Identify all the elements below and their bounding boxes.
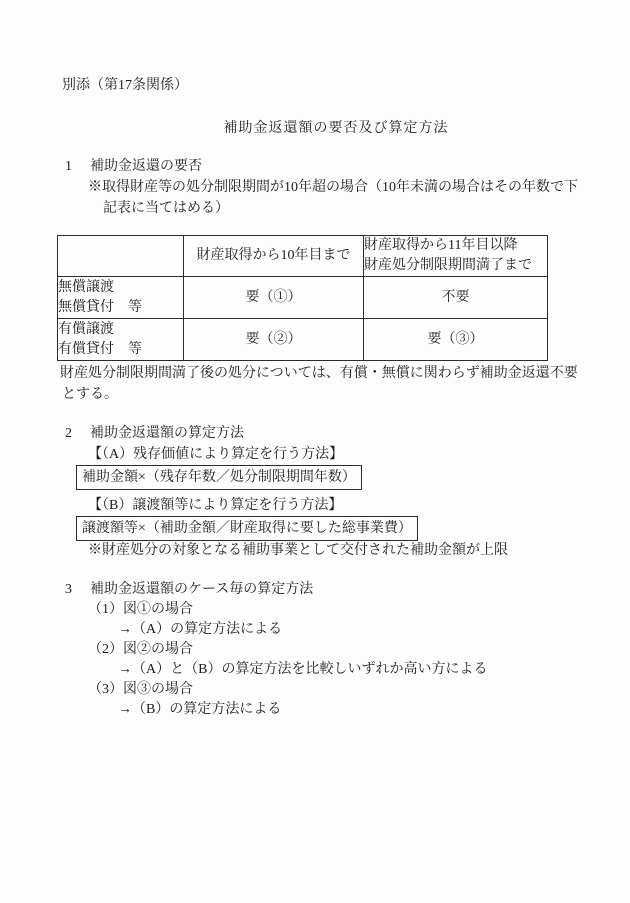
method-b-note: ※財産処分の対象となる補助事業として交付された補助金額が上限 <box>88 540 580 561</box>
table-header-until-year-10: 財産取得から10年目まで <box>184 236 364 277</box>
row-label-gratuitous-line-1: 無償譲渡 <box>58 278 183 298</box>
table-note-line-1: 財産処分制限期間満了後の処分については、有償・無償に関わらず補助金返還不要 <box>60 363 580 384</box>
cell-gratuitous-after-11: 不要 <box>364 277 548 319</box>
row-label-onerous: 有償譲渡 有償貸付 等 <box>58 319 184 361</box>
row-label-onerous-line-1: 有償譲渡 <box>58 320 183 340</box>
table-note-line-2: とする。 <box>62 384 580 405</box>
section-1-number: 1 <box>65 156 90 177</box>
section-3-heading: 3補助金返還額のケース毎の算定方法 <box>60 579 580 600</box>
section-2-number: 2 <box>65 423 90 444</box>
row-label-gratuitous: 無償譲渡 無償貸付 等 <box>58 277 184 319</box>
method-a-formula-row: 補助金額×（残存年数／処分制限期間年数） <box>76 465 580 490</box>
document-title: 補助金返還額の要否及び算定方法 <box>92 118 580 139</box>
cell-onerous-after-11: 要（③） <box>364 319 548 361</box>
method-a-formula-box: 補助金額×（残存年数／処分制限期間年数） <box>76 465 362 490</box>
section-2-heading: 2補助金返還額の算定方法 <box>60 423 580 444</box>
method-b-label: 【（B）譲渡額等により算定を行う方法】 <box>88 495 580 516</box>
table-row-gratuitous: 無償譲渡 無償貸付 等 要（①） 不要 <box>58 277 548 319</box>
table-corner-cell <box>58 236 184 277</box>
case-1-label: （1）図①の場合 <box>88 600 580 620</box>
case-3-result: →（B）の算定方法による <box>118 700 580 720</box>
document-page: 別添（第17条関係） 補助金返還額の要否及び算定方法 1補助金返還の要否 ※取得… <box>0 0 630 903</box>
section-1-title: 補助金返還の要否 <box>90 159 202 174</box>
table-header-year-11-line-2: 財産処分制限期間満了まで <box>364 256 547 276</box>
section-3-title: 補助金返還額のケース毎の算定方法 <box>90 582 313 597</box>
method-b-formula-row: 譲渡額等×（補助金額／財産取得に要した総事業費） <box>76 516 580 541</box>
method-a-label: 【（A）残存価値により算定を行う方法】 <box>88 444 580 465</box>
table-header-year-11-onward: 財産取得から11年目以降 財産処分制限期間満了まで <box>364 236 548 277</box>
section-2-title: 補助金返還額の算定方法 <box>90 426 244 441</box>
case-3-label: （3）図③の場合 <box>88 680 580 700</box>
section-1-heading: 1補助金返還の要否 <box>60 156 580 177</box>
refund-requirement-table: 財産取得から10年目まで 財産取得から11年目以降 財産処分制限期間満了まで 無… <box>57 235 548 361</box>
section-3-number: 3 <box>65 579 90 600</box>
table-header-row: 財産取得から10年目まで 財産取得から11年目以降 財産処分制限期間満了まで <box>58 236 548 277</box>
table-header-year-11-line-1: 財産取得から11年目以降 <box>364 236 547 256</box>
cell-onerous-until-10: 要（②） <box>184 319 364 361</box>
case-2-result: →（A）と（B）の算定方法を比較しいずれか高い方による <box>118 660 580 680</box>
section-1-note-line-2: 記表に当てはめる） <box>103 198 580 219</box>
section-1-note-line-1: ※取得財産等の処分制限期間が10年超の場合（10年未満の場合はその年数で下 <box>88 177 580 198</box>
row-label-gratuitous-line-2: 無償貸付 等 <box>58 298 183 318</box>
attachment-note: 別添（第17条関係） <box>62 75 580 96</box>
table-row-onerous: 有償譲渡 有償貸付 等 要（②） 要（③） <box>58 319 548 361</box>
row-label-onerous-line-2: 有償貸付 等 <box>58 340 183 360</box>
method-b-formula-box: 譲渡額等×（補助金額／財産取得に要した総事業費） <box>76 516 418 541</box>
case-2-label: （2）図②の場合 <box>88 640 580 660</box>
case-1-result: →（A）の算定方法による <box>118 620 580 640</box>
cell-gratuitous-until-10: 要（①） <box>184 277 364 319</box>
